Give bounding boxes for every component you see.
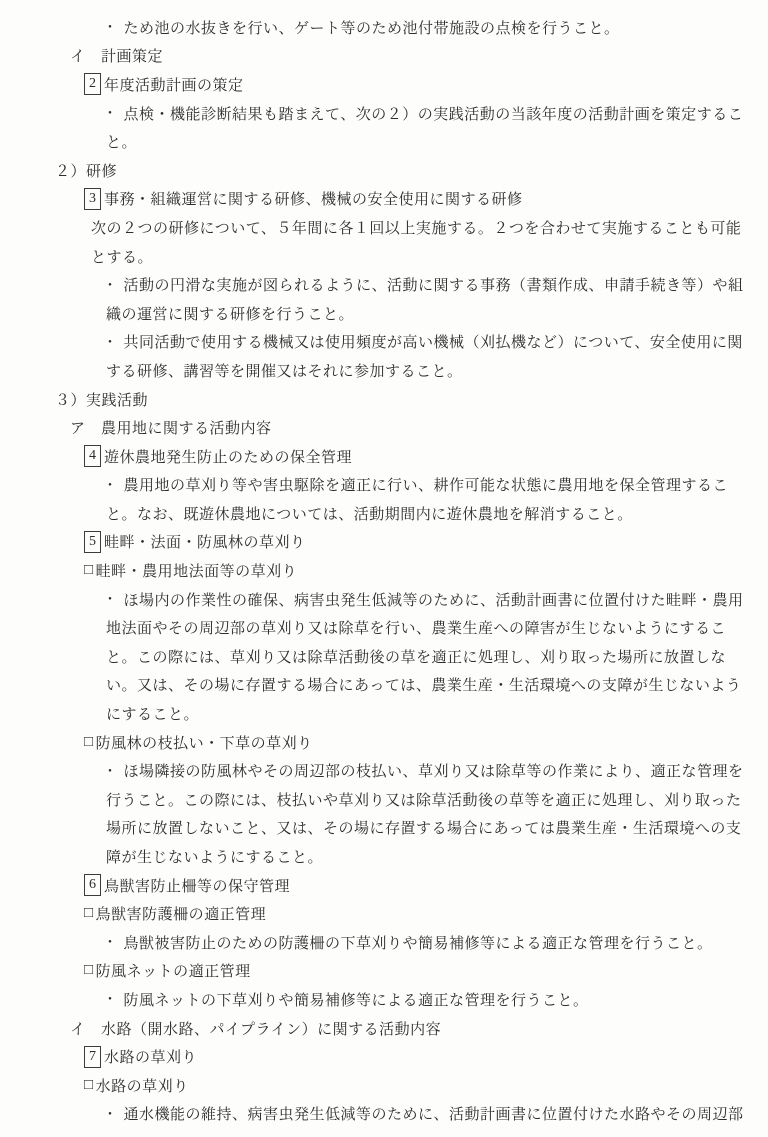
line-text: 通水機能の維持、病害虫発生低減等のために、活動計画書に位置付けた水路やその周辺部	[124, 1103, 744, 1124]
line-text: と。この際には、草刈り又は除草活動後の草を適正に処理し、刈り取った場所に放置しな	[106, 646, 726, 667]
item-number-box: 3	[84, 188, 101, 210]
doc-line-bullet: ・農用地の草刈り等や害虫駆除を適正に行い、耕作可能な状態に農用地を保全管理するこ	[0, 471, 768, 500]
doc-line-h2: ア 農用地に関する活動内容	[0, 413, 768, 442]
line-text: 地法面やその周辺部の草刈り又は除草を行い、農業生産への障害が生じないようにするこ	[106, 617, 726, 638]
item-number-box: 5	[84, 531, 101, 553]
line-text: と。なお、既遊休農地については、活動期間内に遊休農地を解消すること。	[106, 503, 633, 524]
line-text: 事務・組織運営に関する研修、機械の安全使用に関する研修	[104, 188, 523, 209]
checkbox-icon: □	[84, 905, 94, 922]
doc-line-body: とする。	[0, 242, 768, 271]
line-text: 鳥獣被害防止のための防護柵の下草刈りや簡易補修等による適正な管理を行うこと。	[124, 932, 713, 953]
line-text: 織の運営に関する研修を行うこと。	[106, 303, 354, 324]
line-text: ３）実践活動	[55, 389, 148, 410]
doc-line-checkbox: □防風林の枝払い・下草の草刈り	[0, 728, 768, 757]
line-text: 鳥獣害防止柵等の保守管理	[104, 875, 290, 896]
doc-line-cont: にすること。	[0, 699, 768, 728]
bullet-icon: ・	[103, 1104, 118, 1124]
doc-line-checkbox: □防風ネットの適正管理	[0, 957, 768, 986]
doc-line-checkbox: □畦畔・農用地法面等の草刈り	[0, 556, 768, 585]
doc-line-bullet: ・共同活動で使用する機械又は使用頻度が高い機械（刈払機など）について、安全使用に…	[0, 328, 768, 357]
line-text: 防風ネットの適正管理	[96, 960, 251, 981]
doc-line-bullet: ・ため池の水抜きを行い、ゲート等のため池付帯施設の点検を行うこと。	[0, 13, 768, 42]
document-body: ・ため池の水抜きを行い、ゲート等のため池付帯施設の点検を行うこと。イ 計画策定2…	[0, 13, 768, 1128]
line-text: ほ場隣接の防風林やその周辺部の枝払い、草刈り又は除草等の作業により、適正な管理を	[124, 760, 744, 781]
doc-line-boxnum: 2年度活動計画の策定	[0, 70, 768, 99]
line-text: 障が生じないようにすること。	[106, 846, 323, 867]
doc-line-bullet: ・鳥獣被害防止のための防護柵の下草刈りや簡易補修等による適正な管理を行うこと。	[0, 928, 768, 957]
item-number-box: 6	[84, 874, 101, 896]
doc-line-checkbox: □水路の草刈り	[0, 1071, 768, 1100]
line-text: 場所に放置しないこと、又は、その場に存置する場合にあっては農業生産・生活環境への…	[106, 817, 741, 838]
doc-line-bullet: ・通水機能の維持、病害虫発生低減等のために、活動計画書に位置付けた水路やその周辺…	[0, 1100, 768, 1129]
doc-line-checkbox: □鳥獣害防護柵の適正管理	[0, 899, 768, 928]
line-text: い。又は、その場に存置する場合にあっては、農業生産・生活環境への支障が生じないよ…	[106, 674, 741, 695]
line-text: 年度活動計画の策定	[104, 74, 244, 95]
doc-line-bullet: ・防風ネットの下草刈りや簡易補修等による適正な管理を行うこと。	[0, 985, 768, 1014]
doc-line-cont: する研修、講習等を開催又はそれに参加すること。	[0, 356, 768, 385]
bullet-icon: ・	[103, 475, 118, 495]
bullet-icon: ・	[103, 17, 118, 37]
doc-line-boxnum: 7水路の草刈り	[0, 1042, 768, 1071]
doc-line-cont: い。又は、その場に存置する場合にあっては、農業生産・生活環境への支障が生じないよ…	[0, 671, 768, 700]
doc-line-bullet: ・点検・機能診断結果も踏まえて、次の２）の実践活動の当該年度の活動計画を策定する…	[0, 99, 768, 128]
line-text: 共同活動で使用する機械又は使用頻度が高い機械（刈払機など）について、安全使用に関	[124, 331, 743, 352]
doc-line-h2: イ 水路（開水路、パイプライン）に関する活動内容	[0, 1014, 768, 1043]
bullet-icon: ・	[103, 589, 118, 609]
line-text: 鳥獣害防護柵の適正管理	[96, 903, 267, 924]
checkbox-icon: □	[84, 962, 94, 979]
doc-line-cont: 地法面やその周辺部の草刈り又は除草を行い、農業生産への障害が生じないようにするこ	[0, 613, 768, 642]
doc-line-cont: 場所に放置しないこと、又は、その場に存置する場合にあっては農業生産・生活環境への…	[0, 814, 768, 843]
bullet-icon: ・	[103, 989, 118, 1009]
doc-line-boxnum: 6鳥獣害防止柵等の保守管理	[0, 871, 768, 900]
doc-line-boxnum: 5畦畔・法面・防風林の草刈り	[0, 528, 768, 557]
checkbox-icon: □	[84, 734, 94, 751]
item-number-box: 7	[84, 1046, 101, 1068]
doc-line-h1: ３）実践活動	[0, 385, 768, 414]
line-text: 活動の円滑な実施が図られるように、活動に関する事務（書類作成、申請手続き等）や組	[124, 274, 744, 295]
line-text: 行うこと。この際には、枝払いや草刈り又は除草活動後の草等を適正に処理し、刈り取っ…	[106, 789, 742, 810]
line-text: と。	[106, 131, 137, 152]
line-text: 農用地の草刈り等や害虫駆除を適正に行い、耕作可能な状態に農用地を保全管理するこ	[124, 474, 729, 495]
bullet-icon: ・	[103, 103, 118, 123]
line-text: ２）研修	[55, 160, 117, 181]
doc-line-cont: 行うこと。この際には、枝払いや草刈り又は除草活動後の草等を適正に処理し、刈り取っ…	[0, 785, 768, 814]
doc-line-h1: ２）研修	[0, 156, 768, 185]
checkbox-icon: □	[84, 1077, 94, 1094]
item-number-box: 4	[84, 445, 101, 467]
line-text: 水路の草刈り	[104, 1046, 197, 1067]
line-text: 水路の草刈り	[96, 1075, 189, 1096]
doc-line-cont: 織の運営に関する研修を行うこと。	[0, 299, 768, 328]
line-text: ア 農用地に関する活動内容	[70, 417, 272, 438]
doc-line-bullet: ・ほ場隣接の防風林やその周辺部の枝払い、草刈り又は除草等の作業により、適正な管理…	[0, 756, 768, 785]
line-text: する研修、講習等を開催又はそれに参加すること。	[106, 360, 463, 381]
line-text: 次の２つの研修について、５年間に各１回以上実施する。２つを合わせて実施することも…	[91, 217, 741, 238]
line-text: イ 水路（開水路、パイプライン）に関する活動内容	[70, 1018, 441, 1039]
line-text: 防風ネットの下草刈りや簡易補修等による適正な管理を行うこと。	[124, 989, 589, 1010]
line-text: 点検・機能診断結果も踏まえて、次の２）の実践活動の当該年度の活動計画を策定するこ	[124, 103, 744, 124]
doc-line-bullet: ・ほ場内の作業性の確保、病害虫発生低減等のために、活動計画書に位置付けた畦畔・農…	[0, 585, 768, 614]
bullet-icon: ・	[103, 761, 118, 781]
line-text: 防風林の枝払い・下草の草刈り	[96, 732, 313, 753]
doc-line-h2: イ 計画策定	[0, 42, 768, 71]
doc-line-body: 次の２つの研修について、５年間に各１回以上実施する。２つを合わせて実施することも…	[0, 213, 768, 242]
line-text: 畦畔・法面・防風林の草刈り	[104, 531, 306, 552]
doc-line-boxnum: 4遊休農地発生防止のための保全管理	[0, 442, 768, 471]
line-text: ため池の水抜きを行い、ゲート等のため池付帯施設の点検を行うこと。	[124, 17, 620, 38]
doc-line-bullet: ・活動の円滑な実施が図られるように、活動に関する事務（書類作成、申請手続き等）や…	[0, 270, 768, 299]
bullet-icon: ・	[103, 275, 118, 295]
checkbox-icon: □	[84, 562, 94, 579]
doc-line-boxnum: 3事務・組織運営に関する研修、機械の安全使用に関する研修	[0, 185, 768, 214]
bullet-icon: ・	[103, 332, 118, 352]
document-page: ・ため池の水抜きを行い、ゲート等のため池付帯施設の点検を行うこと。イ 計画策定2…	[0, 0, 768, 1137]
line-text: 遊休農地発生防止のための保全管理	[104, 446, 352, 467]
doc-line-cont: と。この際には、草刈り又は除草活動後の草を適正に処理し、刈り取った場所に放置しな	[0, 642, 768, 671]
doc-line-cont: と。	[0, 127, 768, 156]
doc-line-cont: 障が生じないようにすること。	[0, 842, 768, 871]
line-text: イ 計画策定	[70, 45, 163, 66]
item-number-box: 2	[84, 73, 101, 95]
bullet-icon: ・	[103, 932, 118, 952]
line-text: ほ場内の作業性の確保、病害虫発生低減等のために、活動計画書に位置付けた畦畔・農用	[124, 589, 744, 610]
doc-line-cont: と。なお、既遊休農地については、活動期間内に遊休農地を解消すること。	[0, 499, 768, 528]
line-text: 畦畔・農用地法面等の草刈り	[96, 560, 298, 581]
line-text: とする。	[91, 246, 153, 267]
line-text: にすること。	[106, 703, 199, 724]
